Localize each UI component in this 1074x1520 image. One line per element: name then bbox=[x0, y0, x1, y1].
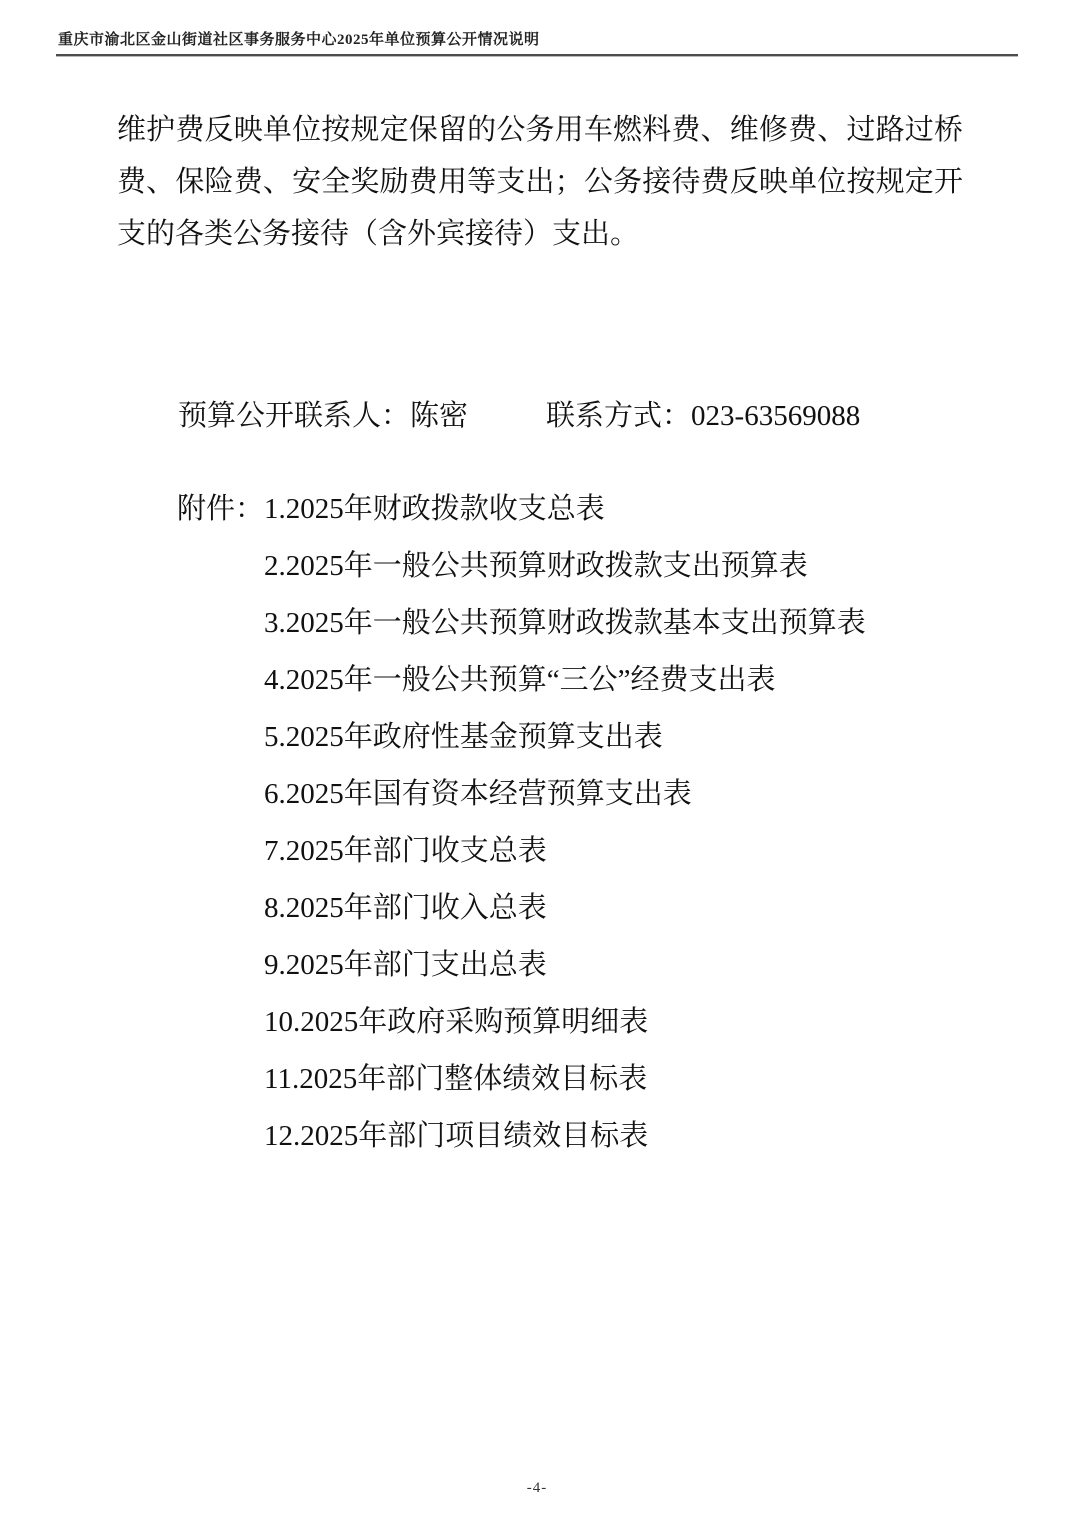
attachment-item: 8.2025年部门收入总表 bbox=[264, 880, 866, 937]
paragraph-line: 支的各类公务接待（含外宾接待）支出。 bbox=[117, 208, 963, 260]
body-paragraph: 维护费反映单位按规定保留的公务用车燃料费、维修费、过路过桥 费、保险费、安全奖励… bbox=[117, 104, 963, 260]
contact-phone-number: 023-63569088 bbox=[691, 400, 860, 432]
running-header: 重庆市渝北区金山街道社区事务服务中心2025年单位预算公开情况说明 bbox=[56, 28, 1018, 56]
attachment-item: 10.2025年政府采购预算明细表 bbox=[264, 994, 866, 1051]
attachments-list: 附件： 1.2025年财政拨款收支总表 2.2025年一般公共预算财政拨款支出预… bbox=[177, 481, 866, 1165]
contact-method-label: 联系方式： bbox=[546, 400, 691, 432]
running-header-title: 重庆市渝北区金山街道社区事务服务中心2025年单位预算公开情况说明 bbox=[56, 28, 1018, 49]
page-footer: -4- bbox=[0, 1480, 1074, 1497]
attachment-item: 11.2025年部门整体绩效目标表 bbox=[264, 1051, 866, 1108]
attachments-label: 附件： bbox=[177, 481, 264, 538]
paragraph-line: 费、保险费、安全奖励费用等支出；公务接待费反映单位按规定开 bbox=[117, 156, 963, 208]
attachment-item: 5.2025年政府性基金预算支出表 bbox=[264, 709, 866, 766]
attachment-item: 7.2025年部门收支总表 bbox=[264, 823, 866, 880]
contact-info-line: 预算公开联系人：陈密联系方式：023-63569088 bbox=[178, 388, 860, 445]
contact-person-label: 预算公开联系人： bbox=[178, 400, 410, 432]
document-page: 重庆市渝北区金山街道社区事务服务中心2025年单位预算公开情况说明 维护费反映单… bbox=[0, 0, 1074, 1520]
attachment-item: 6.2025年国有资本经营预算支出表 bbox=[264, 766, 866, 823]
attachment-item: 3.2025年一般公共预算财政拨款基本支出预算表 bbox=[264, 595, 866, 652]
attachment-item: 9.2025年部门支出总表 bbox=[264, 937, 866, 994]
attachment-item: 12.2025年部门项目绩效目标表 bbox=[264, 1108, 866, 1165]
attachment-item: 4.2025年一般公共预算“三公”经费支出表 bbox=[264, 652, 866, 709]
attachment-item: 1.2025年财政拨款收支总表 bbox=[264, 481, 866, 538]
paragraph-line: 维护费反映单位按规定保留的公务用车燃料费、维修费、过路过桥 bbox=[117, 104, 963, 156]
contact-person-name: 陈密 bbox=[410, 400, 468, 432]
attachments-items: 1.2025年财政拨款收支总表 2.2025年一般公共预算财政拨款支出预算表 3… bbox=[264, 481, 866, 1165]
attachment-item: 2.2025年一般公共预算财政拨款支出预算表 bbox=[264, 538, 866, 595]
page-number: -4- bbox=[527, 1480, 548, 1496]
